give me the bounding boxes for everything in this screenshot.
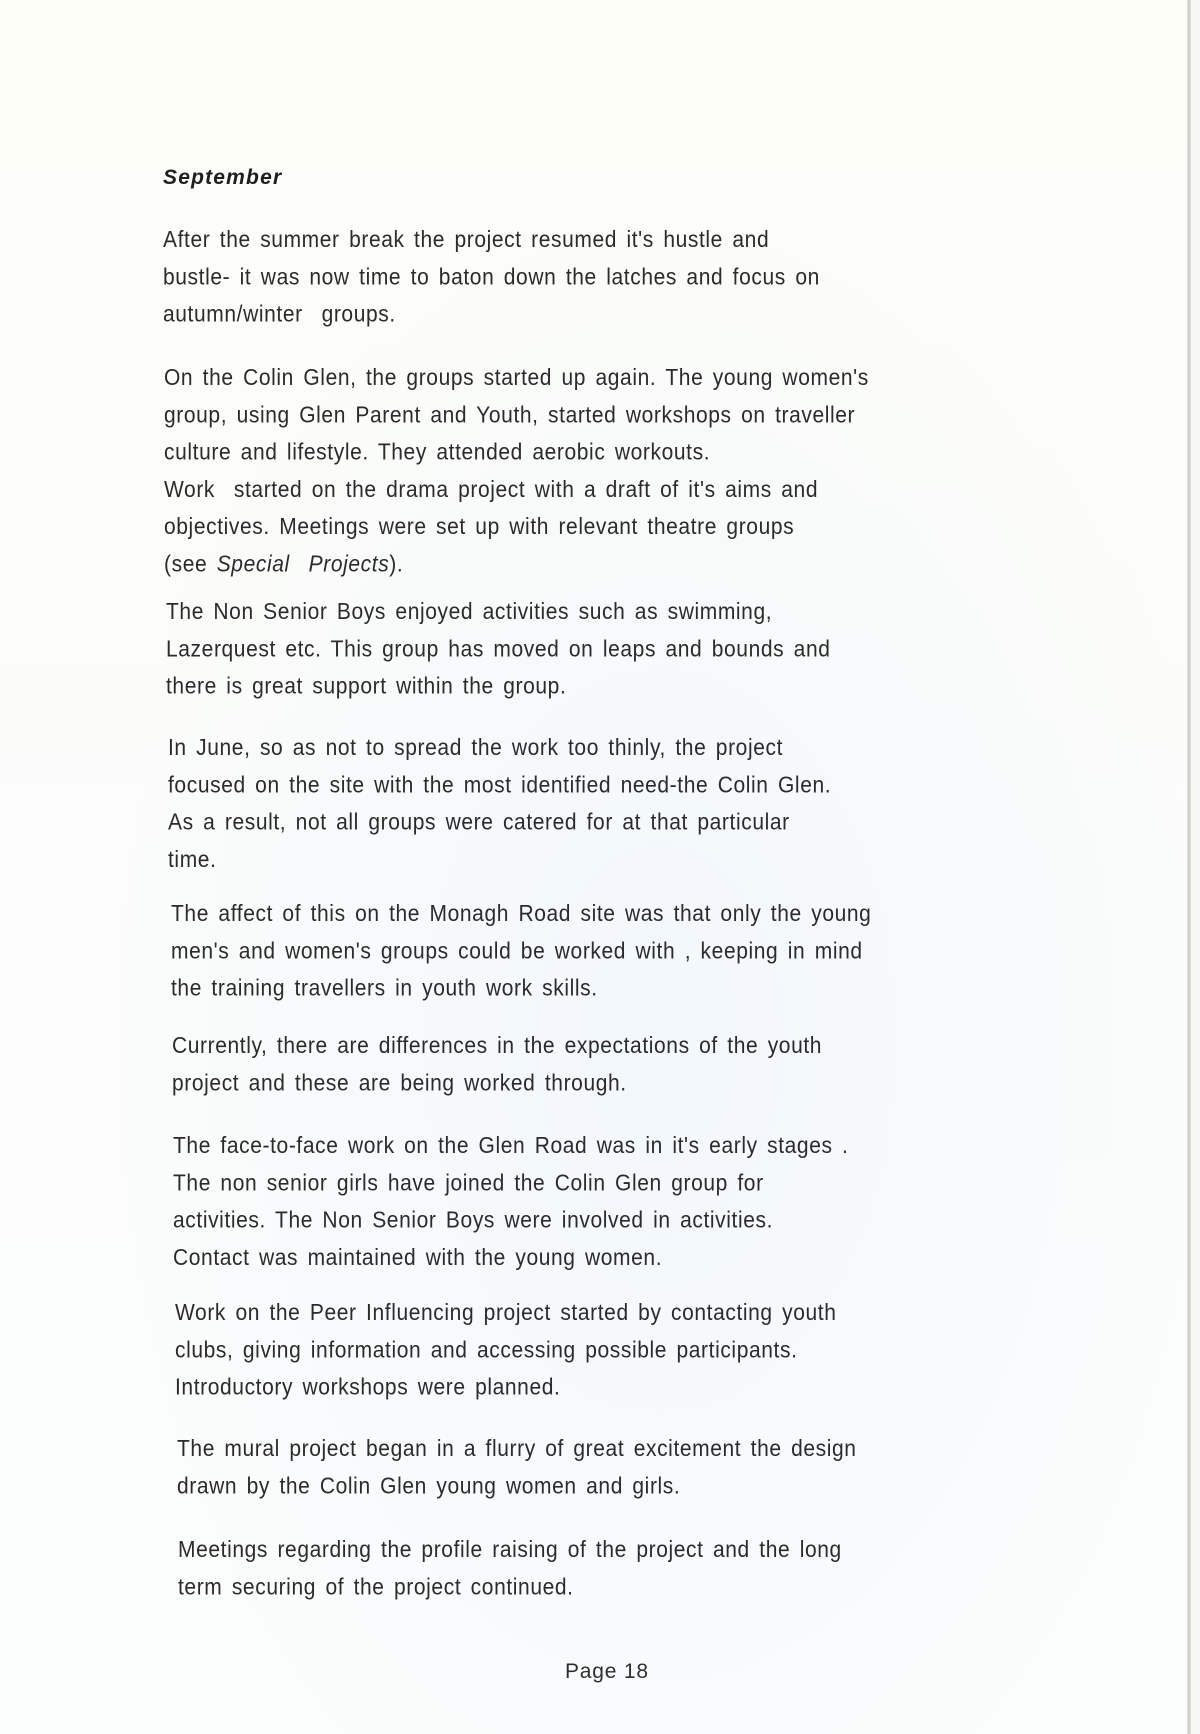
text-line: men's and women's groups could be worked… [171,933,871,970]
text-line: autumn/winter groups. [163,297,820,334]
text-line: Meetings regarding the profile raising o… [178,1532,842,1569]
paragraph-summer-break: After the summer break the project resum… [163,222,820,334]
section-heading: September [163,166,282,190]
paragraph-profile-raising: Meetings regarding the profile raising o… [178,1532,842,1607]
text-line: Work on the Peer Influencing project sta… [175,1295,837,1332]
text-line: project and these are being worked throu… [172,1065,822,1102]
text-line: After the summer break the project resum… [163,222,820,259]
text-line: The Non Senior Boys enjoyed activities s… [166,594,831,631]
text-line: group, using Glen Parent and Youth, star… [164,397,869,434]
text-line: Currently, there are differences in the … [172,1028,822,1065]
text-line: activities. The Non Senior Boys were inv… [173,1203,848,1240]
text-fragment: ). [389,552,403,577]
text-line: On the Colin Glen, the groups started up… [164,360,869,397]
text-line: Lazerquest etc. This group has moved on … [166,631,831,668]
paragraph-mural-project: The mural project began in a flurry of g… [177,1431,857,1506]
text-line: The non senior girls have joined the Col… [173,1165,848,1202]
text-line: the training travellers in youth work sk… [171,971,871,1008]
text-line: time. [168,842,831,879]
paragraph-non-senior-boys: The Non Senior Boys enjoyed activities s… [166,594,831,706]
special-projects-reference: Special Projects [217,552,390,577]
text-line: clubs, giving information and accessing … [175,1332,837,1369]
text-line: there is great support within the group. [166,669,831,706]
paragraph-colin-glen: On the Colin Glen, the groups started up… [164,360,869,584]
text-line: bustle- it was now time to baton down th… [163,259,820,296]
text-line: The affect of this on the Monagh Road si… [171,896,871,933]
text-line: objectives. Meetings were set up with re… [164,509,869,546]
paragraph-monagh-road: The affect of this on the Monagh Road si… [171,896,871,1008]
paragraph-glen-road: The face-to-face work on the Glen Road w… [173,1128,848,1277]
paragraph-june-focus: In June, so as not to spread the work to… [168,730,831,879]
text-line: In June, so as not to spread the work to… [168,730,831,767]
text-line: Work started on the drama project with a… [164,472,869,509]
text-fragment: (see [164,552,217,577]
text-line: Contact was maintained with the young wo… [173,1240,848,1277]
text-line: focused on the site with the most identi… [168,767,831,804]
text-line: culture and lifestyle. They attended aer… [164,435,869,472]
text-line: Introductory workshops were planned. [175,1370,837,1407]
text-line: As a result, not all groups were catered… [168,805,831,842]
text-line: The mural project began in a flurry of g… [177,1431,857,1468]
page-number: Page 18 [565,1660,649,1684]
page-margin [1191,0,1200,1734]
document-page: September After the summer break the pro… [0,0,1200,1734]
paragraph-peer-influencing: Work on the Peer Influencing project sta… [175,1295,837,1407]
text-line: drawn by the Colin Glen young women and … [177,1468,857,1505]
text-line: term securing of the project continued. [178,1569,842,1606]
text-line: The face-to-face work on the Glen Road w… [173,1128,848,1165]
text-line: (see Special Projects). [164,546,869,583]
paragraph-expectations: Currently, there are differences in the … [172,1028,822,1103]
